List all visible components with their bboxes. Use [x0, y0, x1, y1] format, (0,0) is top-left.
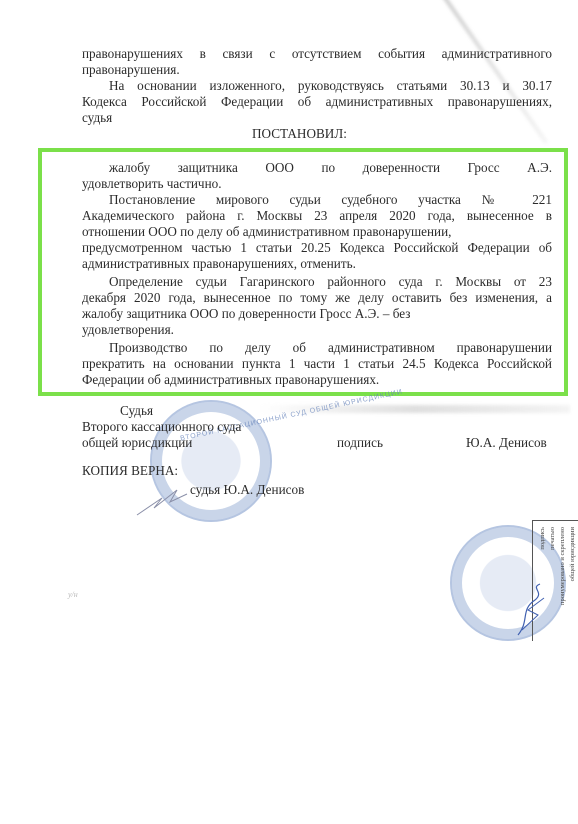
- cert-line-1: общей юрисдикции: [569, 527, 576, 581]
- para3-line3: жалобу защитника ООО по доверенности Гро…: [82, 306, 552, 322]
- para2-line2: Академического района г. Москвы 23 апрел…: [82, 208, 552, 224]
- para2-line1: Постановление мирового судьи судебного у…: [109, 192, 552, 208]
- signature-label: подпись: [337, 435, 383, 451]
- para1-line1: жалобу защитника ООО по доверенности Гро…: [109, 160, 552, 176]
- intro-line-3: На основании изложенного, руководствуясь…: [109, 78, 552, 94]
- intro-line-2: правонарушения.: [82, 62, 180, 78]
- para1-line2: удовлетворить частично.: [82, 176, 222, 192]
- judge-title-3: общей юрисдикции: [82, 435, 192, 451]
- copy-judge-name: судья Ю.А. Денисов: [190, 482, 304, 498]
- cert-line-3: печатью: [549, 527, 556, 550]
- judge-title-1: Судья: [120, 403, 153, 419]
- intro-line-4: Кодекса Российской Федерации об админист…: [82, 94, 552, 110]
- para3-line1: Определение судьи Гагаринского районного…: [109, 274, 552, 290]
- cert-line-4: подпись: [539, 527, 546, 550]
- para4-line3: Федерации об административных правонаруш…: [82, 372, 379, 388]
- signature-scribble: [132, 480, 192, 520]
- cert-line-2: пронумеровано и скреплено: [559, 527, 566, 605]
- margin-note: у/н: [68, 590, 78, 599]
- para2-line5: административных правонарушениях, отмени…: [82, 256, 356, 272]
- certification-signature: [510, 580, 550, 640]
- para4-line1: Производство по делу об административном…: [109, 340, 552, 356]
- judge-title-2: Второго кассационного суда: [82, 419, 241, 435]
- copy-true-label: КОПИЯ ВЕРНА:: [82, 463, 178, 479]
- para2-line3: отношении ООО по делу об административно…: [82, 224, 552, 240]
- document-page: правонарушениях в связи с отсутствием со…: [0, 0, 578, 824]
- judge-name: Ю.А. Денисов: [466, 435, 547, 451]
- para4-line2: прекратить на основании пункта 1 части 1…: [82, 356, 552, 372]
- para3-line2: декабря 2020 года, вынесенное по тому же…: [82, 290, 552, 306]
- para2-line4: предусмотренном частью 1 статьи 20.25 Ко…: [82, 240, 552, 256]
- para3-line4: удовлетворения.: [82, 322, 174, 338]
- paper-crease: [430, 0, 548, 144]
- decision-heading: ПОСТАНОВИЛ:: [252, 126, 347, 142]
- intro-line-1: правонарушениях в связи с отсутствием со…: [82, 46, 552, 62]
- intro-line-5: судья: [82, 110, 112, 126]
